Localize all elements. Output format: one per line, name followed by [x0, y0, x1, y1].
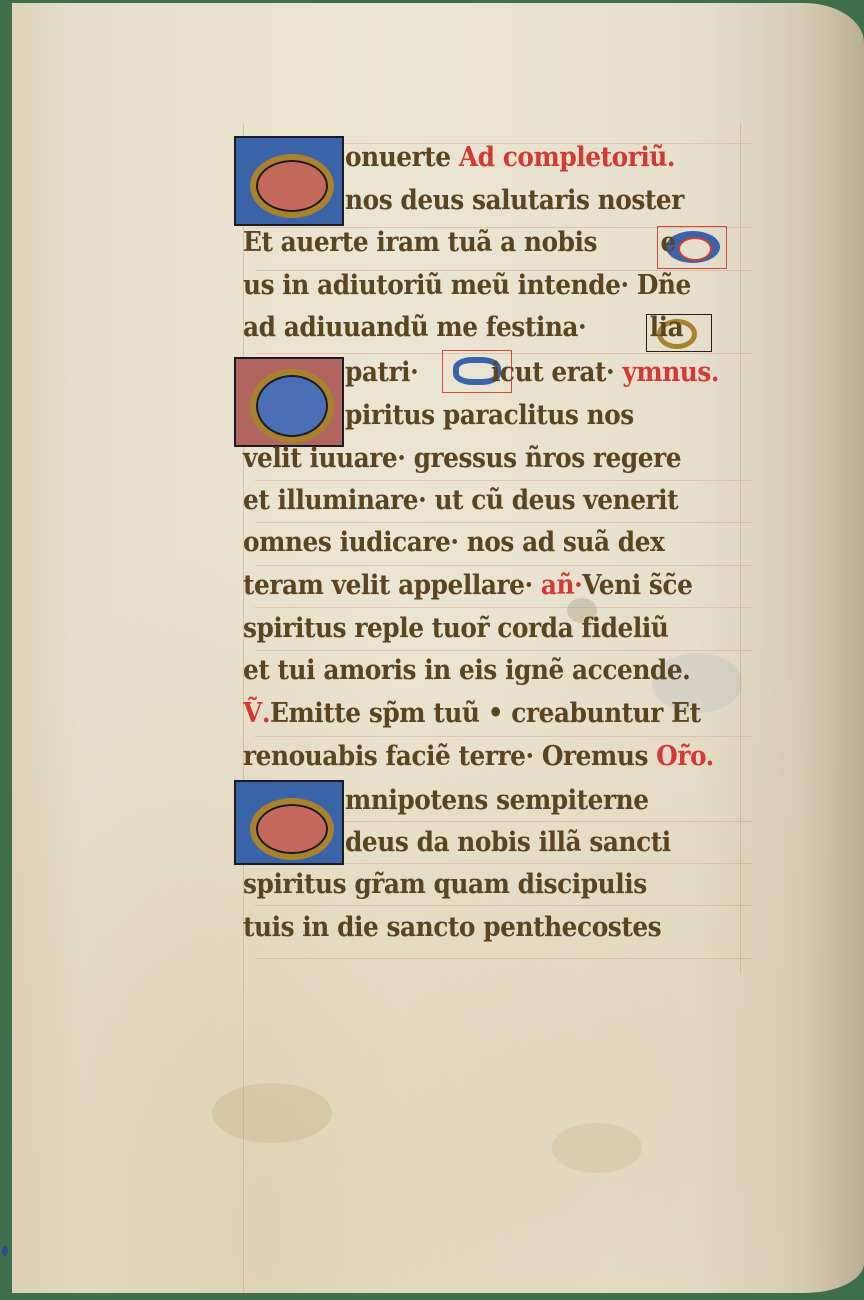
- text-span: spiritus gr̃am quam discipulis: [243, 869, 647, 900]
- text-span: velit iuuare· gressus ñros regere: [243, 443, 681, 474]
- text-line-16: mnipotens sempiterne: [345, 781, 649, 821]
- text-line-11: teram velit appellare· añ·Veni s̃c̃e: [243, 566, 692, 606]
- rubric: Or̃o.: [656, 741, 714, 772]
- text-span: us in adiutoriũ meũ intende· Dñe: [243, 270, 691, 301]
- text-line-15: renouabis faciẽ terre· Oremus Or̃o.: [243, 737, 714, 777]
- text-line-12: spiritus reple tuor̃ corda fideliũ: [243, 609, 668, 649]
- ruling-line-right: [740, 123, 741, 973]
- blue-ink-mark: [2, 1246, 8, 1256]
- text-span: omnes iudicare· nos ad suã dex: [243, 527, 664, 558]
- text-line-18: spiritus gr̃am quam discipulis: [243, 865, 647, 905]
- text-span: nos deus salutaris noster: [345, 185, 684, 216]
- text-line-10: omnes iudicare· nos ad suã dex: [243, 523, 664, 563]
- text-line-4: us in adiutoriũ meũ intende· Dñe: [243, 266, 691, 306]
- rubric: ymnus.: [622, 357, 719, 388]
- ruling-line: [255, 958, 752, 959]
- text-span: renouabis faciẽ terre· Oremus: [243, 741, 656, 772]
- text-line-7: piritus paraclitus nos: [345, 396, 634, 436]
- text-span: piritus paraclitus nos: [345, 400, 634, 431]
- text-span: mnipotens sempiterne: [345, 785, 649, 816]
- text-span: spiritus reple tuor̃ corda fideliũ: [243, 613, 668, 644]
- text-span: deus da nobis illã sancti: [345, 827, 671, 858]
- text-line-3: Et auerte iram tuã a nobis e: [243, 223, 676, 263]
- text-span: lia: [650, 312, 684, 343]
- text-line-2: nos deus salutaris noster: [345, 181, 684, 221]
- ruling-line: [255, 607, 752, 608]
- text-line-14: Ṽ.Emitte sp̃m tuũ • creabuntur Et: [243, 694, 701, 734]
- illuminated-initial-c: [234, 136, 344, 226]
- text-line-19: tuis in die sancto penthecostes: [243, 908, 661, 948]
- text-line-17: deus da nobis illã sancti: [345, 823, 671, 863]
- manuscript-page: onuerte Ad completoriũ. nos deus saluta…: [12, 3, 864, 1293]
- text-span: ad adiuuandũ me festina·: [243, 312, 594, 343]
- initial-gold-bowl: [250, 154, 334, 218]
- rubric: Ad completoriũ.: [459, 142, 675, 173]
- text-span: Emitte sp̃m tuũ • creabuntur Et: [270, 698, 701, 729]
- text-span: onuerte: [345, 142, 459, 173]
- rubric: añ·: [541, 570, 582, 601]
- text-span: Veni s̃c̃e: [582, 570, 692, 601]
- text-span: et illuminare· ut cũ deus venerit: [243, 485, 678, 516]
- initial-gold-bowl: [250, 369, 334, 443]
- water-stain: [212, 1083, 332, 1143]
- text-span: Et auerte iram tuã a nobis: [243, 227, 605, 258]
- text-line-5: ad adiuuandũ me festina· lia: [243, 308, 683, 348]
- ruling-line: [255, 905, 752, 906]
- initial-infill: [678, 237, 712, 261]
- water-stain: [552, 1123, 642, 1173]
- text-span: e: [660, 227, 675, 258]
- text-line-6: patri· icut erat· ymnus.: [345, 353, 719, 393]
- text-span: tuis in die sancto penthecostes: [243, 912, 661, 943]
- text-span: teram velit appellare·: [243, 570, 541, 601]
- illuminated-initial-s: [234, 357, 344, 447]
- text-line-13: et tui amoris in eis ignẽ accende.: [243, 651, 690, 691]
- rubric: Ṽ.: [243, 698, 270, 729]
- initial-gold-bowl: [250, 798, 334, 860]
- text-line-1: onuerte Ad completoriũ.: [345, 138, 675, 178]
- text-line-9: et illuminare· ut cũ deus venerit: [243, 481, 678, 521]
- text-span: patri·: [345, 357, 427, 388]
- text-span: et tui amoris in eis ignẽ accende.: [243, 655, 690, 686]
- illuminated-initial-o: [234, 780, 344, 865]
- text-span: icut erat·: [491, 357, 622, 388]
- text-line-8: velit iuuare· gressus ñros regere: [243, 439, 681, 479]
